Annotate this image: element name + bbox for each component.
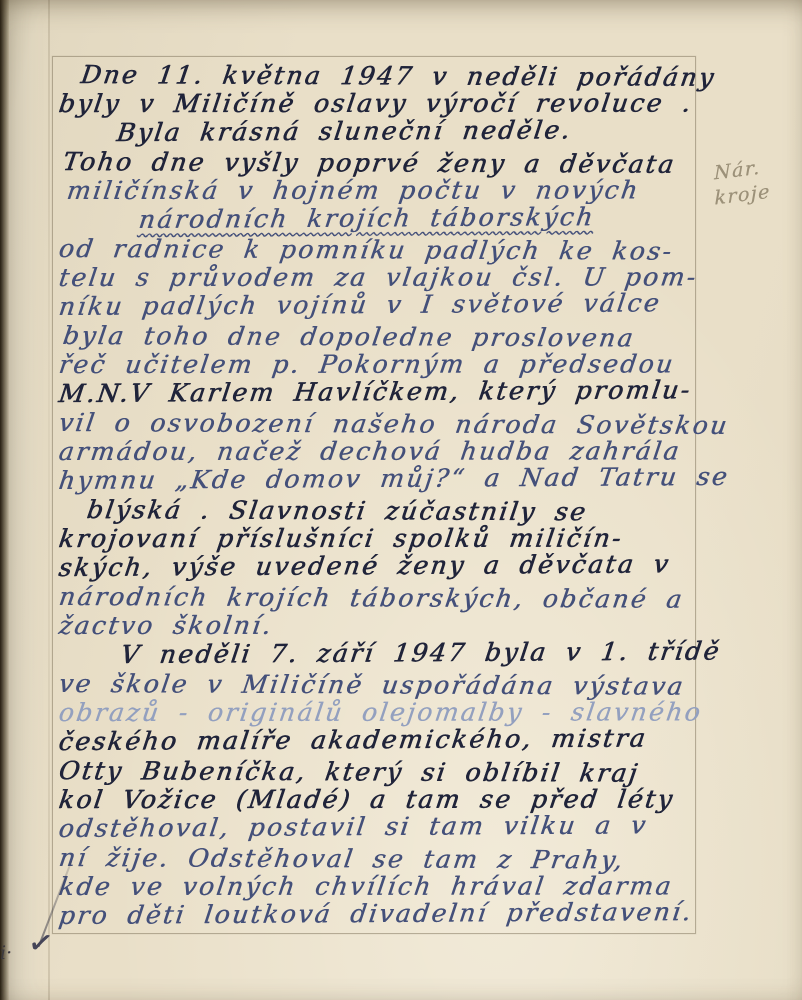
handwriting-line: Byla krásná sluneční neděle. xyxy=(115,114,741,147)
handwriting-line: byly v Miličíně oslavy výročí revoluce . xyxy=(57,88,741,118)
handwriting-line: V neděli 7. září 1947 byla v 1. třídě xyxy=(119,636,741,669)
edge-mark: i· xyxy=(0,942,12,964)
handwriting-line: níku padlých vojínů v I světové válce xyxy=(57,288,741,321)
handwriting-line: od radnice k pomníku padlých ke kos- xyxy=(57,234,741,266)
handwriting-line: českého malíře akademického, mistra xyxy=(57,723,741,756)
handwriting-line: ve škole v Miličíně uspořádána výstava xyxy=(57,669,741,701)
margin-note-line: kroje xyxy=(714,180,771,212)
handwriting-line: žactvo školní. xyxy=(57,610,741,640)
book-gutter-edge xyxy=(0,0,9,1000)
handwriting-line: národních krojích táborských, občané a xyxy=(57,582,741,614)
margin-note-pencil: Nár. kroje xyxy=(714,154,771,211)
handwriting-line: blýská . Slavnosti zúčastnily se xyxy=(85,495,741,527)
handwriting-line: vil o osvobození našeho národa Sovětskou xyxy=(57,408,741,440)
handwriting-line: pro děti loutková divadelní představení. xyxy=(57,897,741,930)
handwriting-line: hymnu „Kde domov můj?“ a Nad Tatru se xyxy=(57,462,741,495)
handwriting-line: národních krojích táborských xyxy=(137,201,741,234)
check-mark: ✓ xyxy=(25,924,55,963)
handwriting-line: Toho dne vyšly poprvé ženy a děvčata xyxy=(61,147,741,179)
handwriting-line: miličínská v hojném počtu v nových xyxy=(65,175,741,205)
handwriting-line: ských, výše uvedené ženy a děvčata v xyxy=(57,549,741,582)
handwriting-line: Dne 11. května 1947 v neděli pořádány xyxy=(79,60,741,92)
handwriting-line: byla toho dne dopoledne proslovena xyxy=(61,321,741,353)
handwriting-line: Otty Bubeníčka, který si oblíbil kraj xyxy=(57,756,741,788)
chronicle-page: Dne 11. května 1947 v neděli pořádánybyl… xyxy=(0,0,802,1000)
page-edge-highlight xyxy=(9,0,49,1000)
handwriting-line: M.N.V Karlem Havlíčkem, který promlu- xyxy=(57,375,741,408)
handwriting-line: odstěhoval, postavil si tam vilku a v xyxy=(57,810,741,843)
page-crease-line xyxy=(48,0,50,1000)
handwriting-line: ní žije. Odstěhoval se tam z Prahy, xyxy=(57,843,741,875)
handwriting-text-block: Dne 11. května 1947 v neděli pořádánybyl… xyxy=(57,60,737,930)
